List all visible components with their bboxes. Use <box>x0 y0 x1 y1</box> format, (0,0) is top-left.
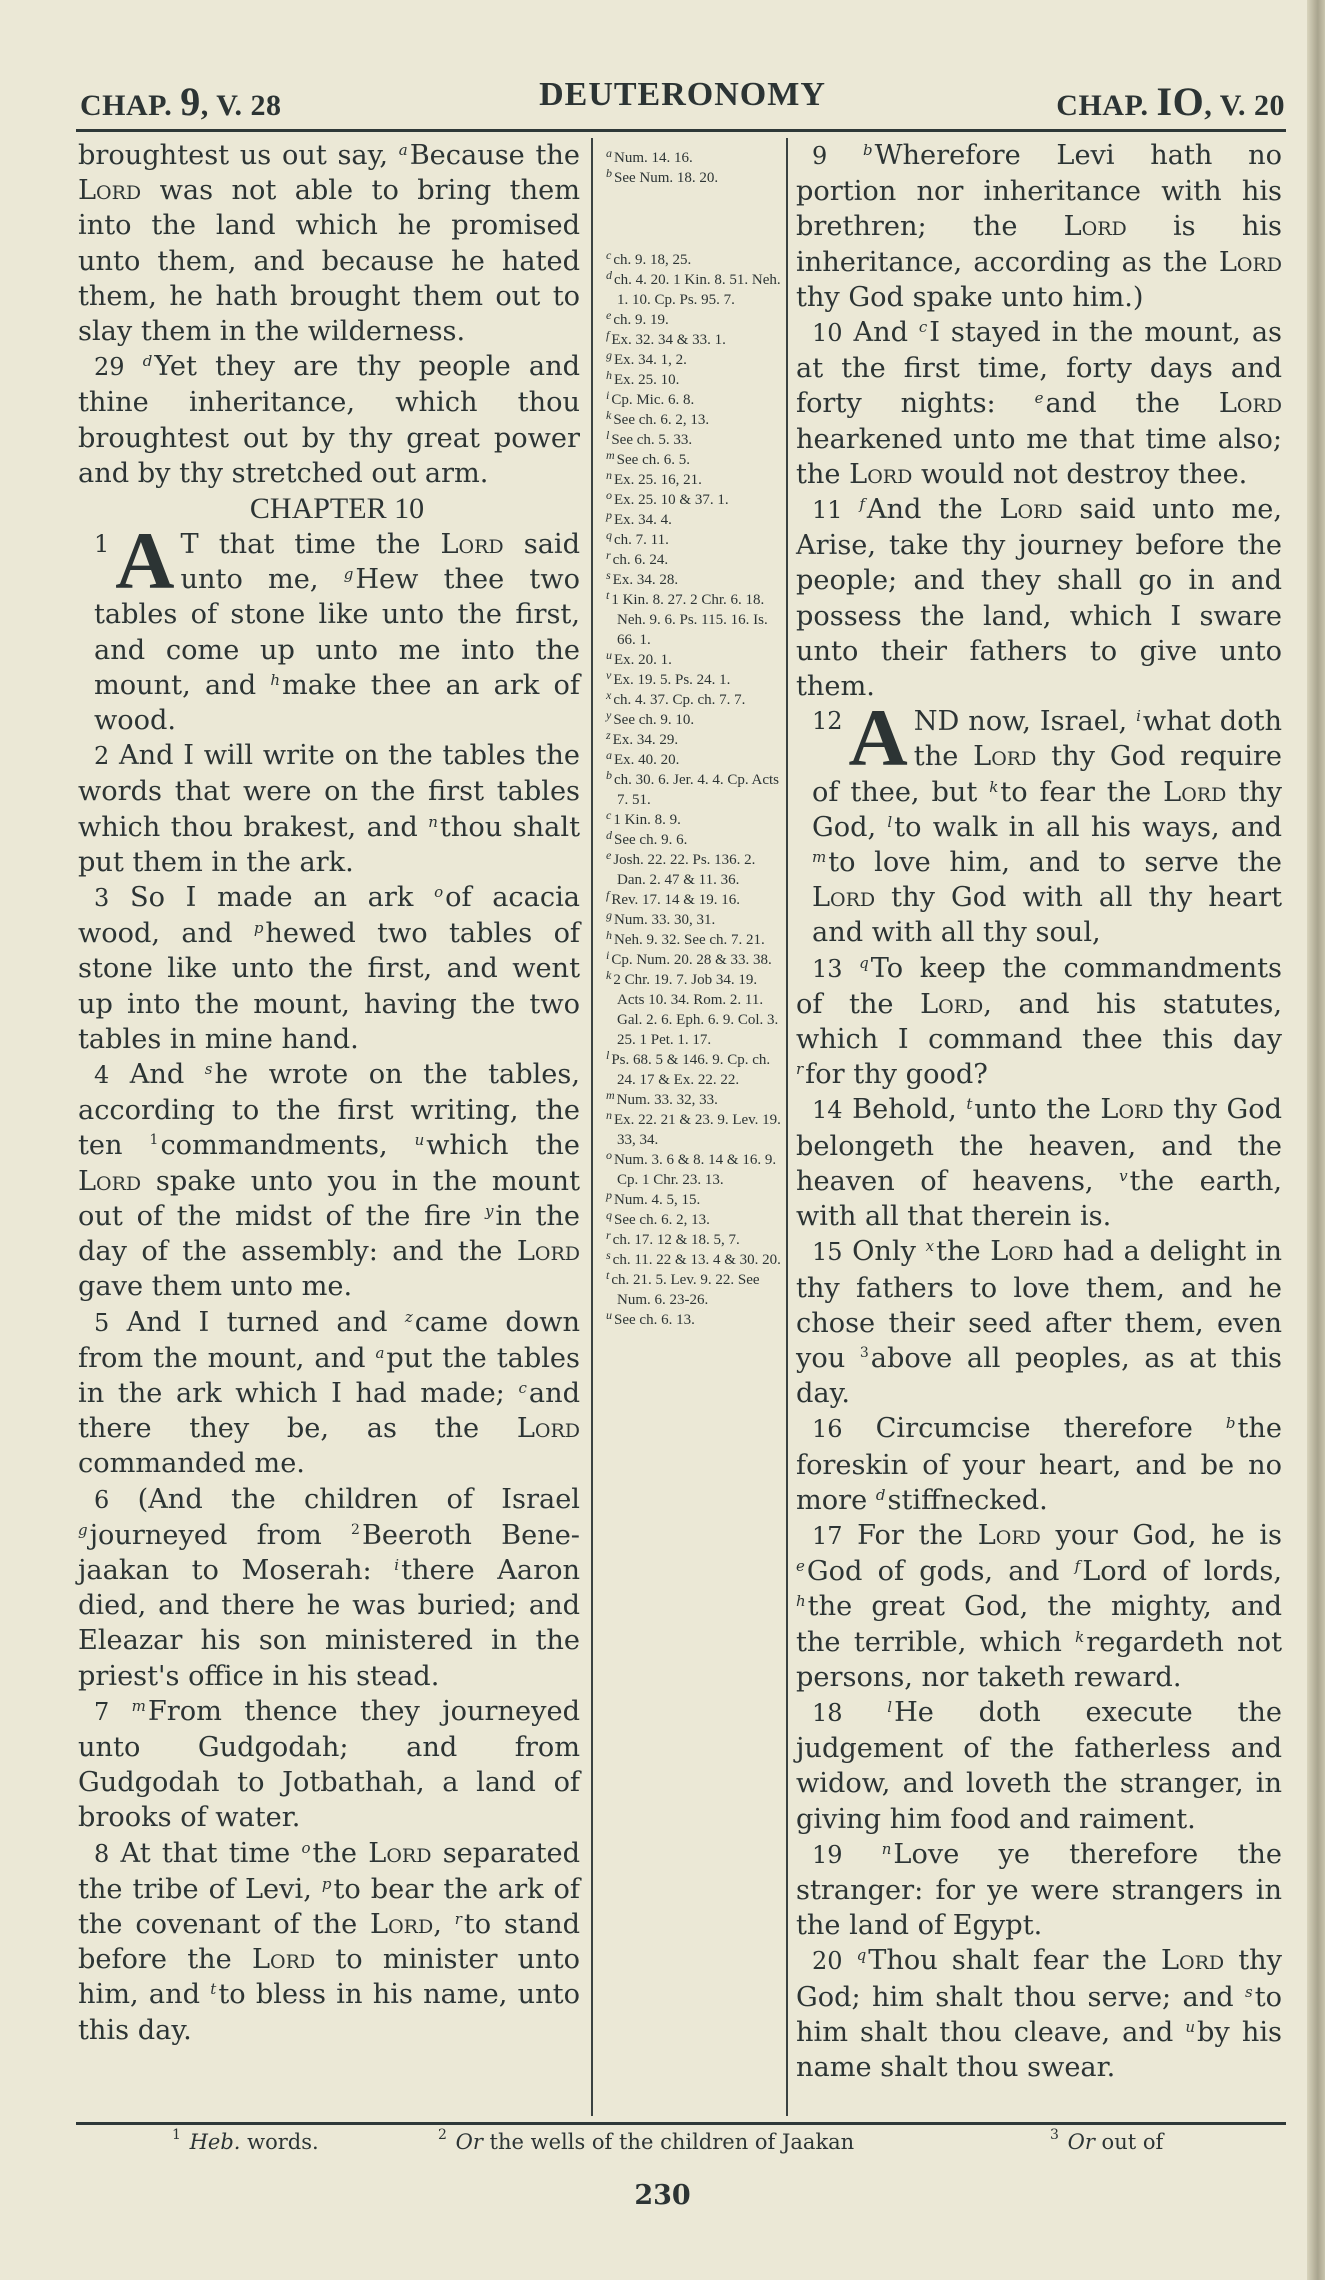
page-number: 230 <box>0 2180 1325 2211</box>
verse-3: 3 So I made an ark oof acacia wood, and … <box>78 880 580 1057</box>
verse-12: 12AND now, Israel, iwhat doth the Lord t… <box>796 704 1282 950</box>
verse-8: 8 At that time othe Lord separated the t… <box>78 1836 580 2048</box>
cross-reference: tch. 21. 5. Lev. 9. 22. See Num. 6. 23-2… <box>606 1270 782 1310</box>
cross-reference: aEx. 40. 20. <box>606 750 782 770</box>
cross-reference: iCp. Mic. 6. 8. <box>606 390 782 410</box>
cross-reference: sch. 11. 22 & 13. 4 & 30. 20. <box>606 1250 782 1270</box>
cross-reference: k2 Chr. 19. 7. Job 34. 19. Acts 10. 34. … <box>606 970 782 1050</box>
verse-18: 18 lHe doth execute the judgement of the… <box>796 1695 1282 1837</box>
cross-reference: mNum. 33. 32, 33. <box>606 1090 782 1110</box>
footer-rule <box>76 2122 1286 2125</box>
verse-14: 14 Behold, tunto the Lord thy God belong… <box>796 1092 1282 1234</box>
cross-reference: pEx. 34. 4. <box>606 510 782 530</box>
verse-19: 19 nLove ye therefore the stranger: for … <box>796 1837 1282 1944</box>
cross-reference: dch. 4. 20. 1 Kin. 8. 51. Neh. 1. 10. Cp… <box>606 270 782 310</box>
cross-reference: uEx. 20. 1. <box>606 650 782 670</box>
cross-reference: hNeh. 9. 32. See ch. 7. 21. <box>606 930 782 950</box>
cross-reference: rch. 17. 12 & 18. 5, 7. <box>606 1230 782 1250</box>
cross-reference: bch. 30. 6. Jer. 4. 4. Cp. Acts 7. 51. <box>606 770 782 810</box>
cross-reference: lPs. 68. 5 & 146. 9. Cp. ch. 24. 17 & Ex… <box>606 1050 782 1090</box>
footnote-1: 1 Heb. words. <box>172 2130 319 2154</box>
page-edge <box>1307 0 1325 2280</box>
cross-reference: gEx. 34. 1, 2. <box>606 350 782 370</box>
cross-reference: lSee ch. 5. 33. <box>606 430 782 450</box>
cross-reference: qch. 7. 11. <box>606 530 782 550</box>
cross-reference: xch. 4. 37. Cp. ch. 7. 7. <box>606 690 782 710</box>
cross-reference: gNum. 33. 30, 31. <box>606 910 782 930</box>
verse-11: 11 fAnd the Lord said unto me, Arise, ta… <box>796 492 1282 704</box>
cross-reference: oEx. 25. 10 & 37. 1. <box>606 490 782 510</box>
footnotes: 1 Heb. words. 2 Or the wells of the chil… <box>0 2130 1325 2170</box>
verse-2: 2 And I will write on the tables the wor… <box>78 738 580 880</box>
verse-10: 10 And cI stayed in the mount, as at the… <box>796 315 1282 492</box>
cross-reference: mSee ch. 6. 5. <box>606 450 782 470</box>
cross-reference: fRev. 17. 14 & 19. 16. <box>606 890 782 910</box>
cross-reference: ySee ch. 9. 10. <box>606 710 782 730</box>
verse-17: 17 For the Lord your God, he is eGod of … <box>796 1518 1282 1695</box>
verse-28-continuation: broughtest us out say, aBecause the Lord… <box>78 138 580 349</box>
verse-13: 13 qTo keep the commandments of the Lord… <box>796 951 1282 1093</box>
cross-reference: uSee ch. 6. 13. <box>606 1310 782 1330</box>
cross-reference: cch. 9. 18, 25. <box>606 250 782 270</box>
cross-reference: bSee Num. 18. 20. <box>606 168 782 188</box>
verse-15: 15 Only xthe Lord had a delight in thy f… <box>796 1234 1282 1411</box>
verse-16: 16 Circumcise therefore bthe foreskin of… <box>796 1411 1282 1518</box>
verse-7: 7 mFrom thence they journeyed unto Gudgo… <box>78 1694 580 1836</box>
cross-reference: sEx. 34. 28. <box>606 570 782 590</box>
right-text-column: 9 bWherefore Levi hath no portion nor in… <box>796 138 1282 2085</box>
footnote-2: 2 Or the wells of the children of Jaakan <box>438 2130 854 2154</box>
cross-reference: aNum. 14. 16. <box>606 148 782 168</box>
cross-reference: hEx. 25. 10. <box>606 370 782 390</box>
drop-cap: A <box>849 706 908 772</box>
header-rule <box>76 129 1286 132</box>
cross-reference: nEx. 22. 21 & 23. 9. Lev. 19. 33, 34. <box>606 1110 782 1150</box>
header-right-ref: CHAP. IO, V. 20 <box>1056 78 1285 125</box>
cross-reference: vEx. 19. 5. Ps. 24. 1. <box>606 670 782 690</box>
verse-1: 1AT that time the Lord said unto me, gHe… <box>78 527 580 738</box>
verse-5: 5 And I turned and zcame down from the m… <box>78 1305 580 1482</box>
cross-reference: iCp. Num. 20. 28 & 33. 38. <box>606 950 782 970</box>
column-divider-right <box>786 138 788 2116</box>
cross-reference: zEx. 34. 29. <box>606 730 782 750</box>
left-text-column: broughtest us out say, aBecause the Lord… <box>78 138 580 2048</box>
cross-reference: nEx. 25. 16, 21. <box>606 470 782 490</box>
verse-4: 4 And she wrote on the tables, according… <box>78 1057 580 1304</box>
cross-reference: dSee ch. 9. 6. <box>606 830 782 850</box>
cross-reference: c1 Kin. 8. 9. <box>606 810 782 830</box>
cross-reference: kSee ch. 6. 2, 13. <box>606 410 782 430</box>
cross-reference: eJosh. 22. 22. Ps. 136. 2. Dan. 2. 47 & … <box>606 850 782 890</box>
cross-reference: oNum. 3. 6 & 8. 14 & 16. 9. Cp. 1 Chr. 2… <box>606 1150 782 1190</box>
cross-reference: fEx. 32. 34 & 33. 1. <box>606 330 782 350</box>
running-header: CHAP. 9, V. 28 DEUTERONOMY CHAP. IO, V. … <box>80 78 1285 128</box>
column-divider-left <box>591 138 593 2116</box>
cross-reference: t1 Kin. 8. 27. 2 Chr. 6. 18. Neh. 9. 6. … <box>606 590 782 650</box>
reference-gap <box>606 188 782 250</box>
verse-20: 20 qThou shalt fear the Lord thy God; hi… <box>796 1943 1282 2085</box>
cross-references-column: aNum. 14. 16.bSee Num. 18. 20.cch. 9. 18… <box>606 148 782 1330</box>
cross-reference: ech. 9. 19. <box>606 310 782 330</box>
cross-reference: rch. 6. 24. <box>606 550 782 570</box>
verse-29: 29 dYet they are thy people and thine in… <box>78 349 580 491</box>
cross-reference: pNum. 4. 5, 15. <box>606 1190 782 1210</box>
verse-9: 9 bWherefore Levi hath no portion nor in… <box>796 138 1282 315</box>
cross-reference: qSee ch. 6. 2, 13. <box>606 1210 782 1230</box>
footnote-3: 3 Or out of <box>1050 2130 1163 2154</box>
drop-cap: A <box>115 529 174 595</box>
verse-6: 6 (And the children of Israel gjourneyed… <box>78 1482 580 1694</box>
